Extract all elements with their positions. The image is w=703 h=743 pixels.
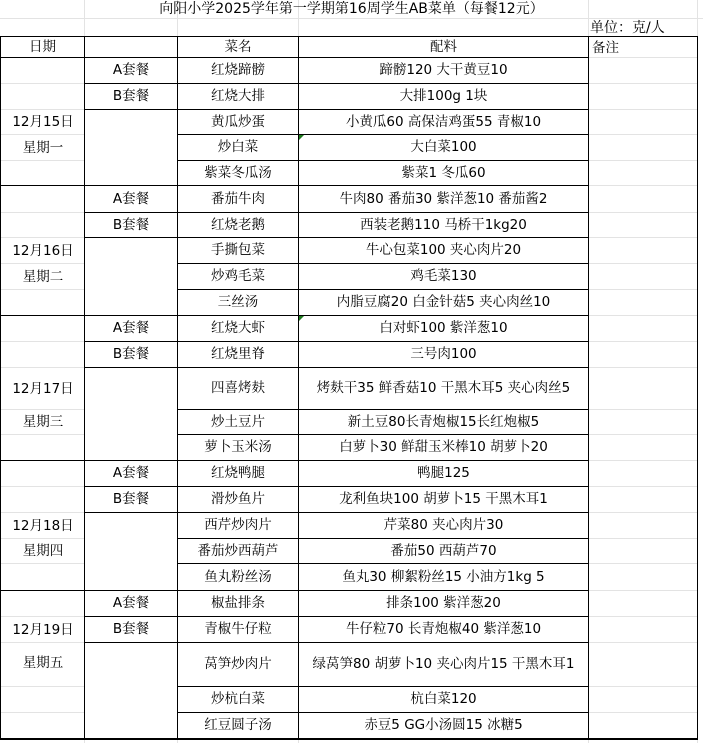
- dish-cell: 红烧老鹅: [177, 212, 299, 238]
- dish-cell: 青椒牛仔粒: [177, 616, 299, 643]
- gridline: [589, 134, 697, 135]
- ingredients-cell: 紫菜1 冬瓜60: [298, 160, 589, 186]
- gridline: [589, 212, 697, 213]
- dish-cell: 番茄牛肉: [177, 185, 299, 213]
- gridline: [589, 160, 697, 161]
- dish-cell: 滑炒鱼片: [177, 486, 299, 513]
- ingredients-cell: 牛肉80 番茄30 紫洋葱10 番茄酱2: [298, 185, 589, 213]
- gridline: [589, 315, 697, 316]
- dish-cell: 西芹炒肉片: [177, 512, 299, 539]
- set-cell: B套餐: [84, 341, 178, 368]
- gridline: [589, 686, 697, 687]
- gridline: [589, 512, 697, 513]
- menu-title: 向阳小学2025学年第一学期第16周学生AB菜单（每餐12元）: [0, 0, 703, 18]
- set-cell: B套餐: [84, 486, 178, 513]
- ingredients-cell: 绿莴笋80 胡萝卜10 夹心肉片15 干黑木耳1: [298, 642, 589, 687]
- gridline: [589, 185, 697, 186]
- gridline: [589, 341, 697, 342]
- set-cell-empty: [84, 367, 178, 461]
- ingredients-cell: 烤麸干35 鲜香菇10 干黑木耳5 夹心肉丝5: [298, 367, 589, 410]
- remark-cell: [588, 590, 698, 739]
- set-cell-empty: [84, 237, 178, 316]
- table-bottom-border: [0, 738, 698, 740]
- remark-cell: [588, 57, 698, 186]
- date-cell: 12月19日星期五: [0, 590, 85, 739]
- set-cell-empty: [84, 109, 178, 186]
- set-cell-empty: [84, 642, 178, 739]
- gridline: [589, 460, 697, 461]
- set-cell: A套餐: [84, 460, 178, 487]
- set-cell: A套餐: [84, 57, 178, 84]
- weekday-label: 星期三: [1, 414, 85, 431]
- header-date: 日期: [0, 36, 85, 58]
- gridline: [1, 134, 84, 135]
- gridline: [589, 563, 697, 564]
- gridline: [1, 367, 84, 368]
- gridline: [1, 434, 84, 435]
- gridline: [1, 341, 84, 342]
- weekday-label: 星期五: [1, 655, 85, 672]
- gridline: [589, 642, 697, 643]
- gridline: [589, 263, 697, 264]
- ingredients-cell: 牛仔粒70 长青炮椒40 紫洋葱10: [298, 616, 589, 643]
- header-ingredients: 配料: [298, 36, 589, 58]
- dish-cell: 手撕包菜: [177, 237, 299, 264]
- gridline: [1, 83, 84, 84]
- gridline: [589, 83, 697, 84]
- dish-cell: 炒白菜: [177, 134, 299, 161]
- ingredients-cell: 大白菜100: [298, 134, 589, 161]
- dish-cell: 红烧蹄髈: [177, 57, 299, 84]
- set-cell: A套餐: [84, 185, 178, 213]
- set-cell-empty: [84, 512, 178, 591]
- ingredients-cell: 新土豆80长青炮椒15长红炮椒5: [298, 409, 589, 435]
- ingredients-cell: 鸡毛菜130: [298, 263, 589, 290]
- gridline: [589, 590, 697, 591]
- remark-cell: [588, 460, 698, 591]
- dish-cell: 紫菜冬瓜汤: [177, 160, 299, 186]
- ingredients-cell: 龙利鱼块100 胡萝卜15 干黑木耳1: [298, 486, 589, 513]
- date-label: 12月17日: [1, 381, 85, 398]
- spreadsheet: 向阳小学2025学年第一学期第16周学生AB菜单（每餐12元） 单位：克/人 日…: [0, 0, 703, 743]
- ingredients-cell: 杭白菜120: [298, 686, 589, 713]
- set-cell: B套餐: [84, 212, 178, 238]
- gridline: [589, 109, 697, 110]
- date-label: 12月19日: [1, 622, 85, 639]
- dish-cell: 四喜烤麸: [177, 367, 299, 410]
- gridline: [1, 109, 84, 110]
- gridline: [1, 212, 84, 213]
- gridline: [589, 409, 697, 410]
- ingredients-cell: 鱼丸30 柳絮粉丝15 小油方1kg 5: [298, 563, 589, 591]
- dish-cell: 红烧里脊: [177, 341, 299, 368]
- unit-label: 单位：克/人: [590, 18, 665, 36]
- ingredients-cell: 小黄瓜60 高保洁鸡蛋55 青椒10: [298, 109, 589, 135]
- dish-cell: 红豆圆子汤: [177, 712, 299, 739]
- dish-cell: 黄瓜炒蛋: [177, 109, 299, 135]
- gridline: [589, 57, 697, 58]
- dish-cell: 三丝汤: [177, 289, 299, 316]
- gridline: [1, 160, 84, 161]
- ingredients-cell: 番茄50 西葫芦70: [298, 538, 589, 564]
- date-label: 12月16日: [1, 243, 85, 260]
- set-cell: A套餐: [84, 315, 178, 342]
- gridline: [589, 712, 697, 713]
- header-remark: 备注: [588, 36, 698, 58]
- gridline: [1, 512, 84, 513]
- date-label: 12月15日: [1, 114, 85, 131]
- gridline: [589, 616, 697, 617]
- weekday-label: 星期四: [1, 543, 85, 560]
- date-cell: 12月18日星期四: [0, 460, 85, 591]
- gridline: [589, 237, 697, 238]
- gridline: [1, 616, 84, 617]
- gridline: [589, 367, 697, 368]
- date-label: 12月18日: [1, 518, 85, 535]
- ingredients-cell: 牛心包菜100 夹心肉片20: [298, 237, 589, 264]
- gridline: [1, 237, 84, 238]
- ingredients-cell: 排条100 紫洋葱20: [298, 590, 589, 617]
- gridline: [589, 538, 697, 539]
- dish-cell: 鱼丸粉丝汤: [177, 563, 299, 591]
- dish-cell: 椒盐排条: [177, 590, 299, 617]
- gridline: [1, 642, 84, 643]
- gridline: [1, 263, 84, 264]
- ingredients-cell: 鸭腿125: [298, 460, 589, 487]
- dish-cell: 莴笋炒肉片: [177, 642, 299, 687]
- weekday-label: 星期一: [1, 140, 85, 157]
- cell-note-marker: [299, 316, 304, 321]
- dish-cell: 炒杭白菜: [177, 686, 299, 713]
- gridline: [1, 538, 84, 539]
- set-cell: B套餐: [84, 616, 178, 643]
- ingredients-cell: 大排100g 1块: [298, 83, 589, 110]
- gridline: [1, 563, 84, 564]
- ingredients-cell: 芹菜80 夹心肉片30: [298, 512, 589, 539]
- dish-cell: 红烧大虾: [177, 315, 299, 342]
- gridline: [589, 486, 697, 487]
- dish-cell: 番茄炒西葫芦: [177, 538, 299, 564]
- gridline: [1, 486, 84, 487]
- cell-note-marker: [299, 135, 304, 140]
- set-cell: A套餐: [84, 590, 178, 617]
- dish-cell: 炒鸡毛菜: [177, 263, 299, 290]
- dish-cell: 萝卜玉米汤: [177, 434, 299, 461]
- ingredients-cell: 蹄髈120 大干黄豆10: [298, 57, 589, 84]
- header-set: [84, 36, 178, 58]
- ingredients-cell: 赤豆5 GG小汤圆15 冰糖5: [298, 712, 589, 739]
- ingredients-cell: 内脂豆腐20 白金针菇5 夹心肉丝10: [298, 289, 589, 316]
- dish-cell: 红烧鸭腿: [177, 460, 299, 487]
- gridline: [1, 409, 84, 410]
- dish-cell: 红烧大排: [177, 83, 299, 110]
- ingredients-cell: 西装老鹅110 马桥干1kg20: [298, 212, 589, 238]
- set-cell: B套餐: [84, 83, 178, 110]
- date-cell: 12月15日星期一: [0, 57, 85, 186]
- ingredients-cell: 三号肉100: [298, 341, 589, 368]
- gridline: [589, 434, 697, 435]
- gridline: [1, 686, 84, 687]
- gridline: [1, 712, 84, 713]
- date-cell: 12月17日星期三: [0, 315, 85, 461]
- ingredients-cell: 白对虾100 紫洋葱10: [298, 315, 589, 342]
- dish-cell: 炒土豆片: [177, 409, 299, 435]
- remark-cell: [588, 315, 698, 461]
- remark-cell: [588, 185, 698, 316]
- gridline: [589, 289, 697, 290]
- header-dish: 菜名: [177, 36, 299, 58]
- date-cell: 12月16日星期二: [0, 185, 85, 316]
- weekday-label: 星期二: [1, 269, 85, 286]
- gridline: [1, 289, 84, 290]
- ingredients-cell: 白萝卜30 鲜甜玉米棒10 胡萝卜20: [298, 434, 589, 461]
